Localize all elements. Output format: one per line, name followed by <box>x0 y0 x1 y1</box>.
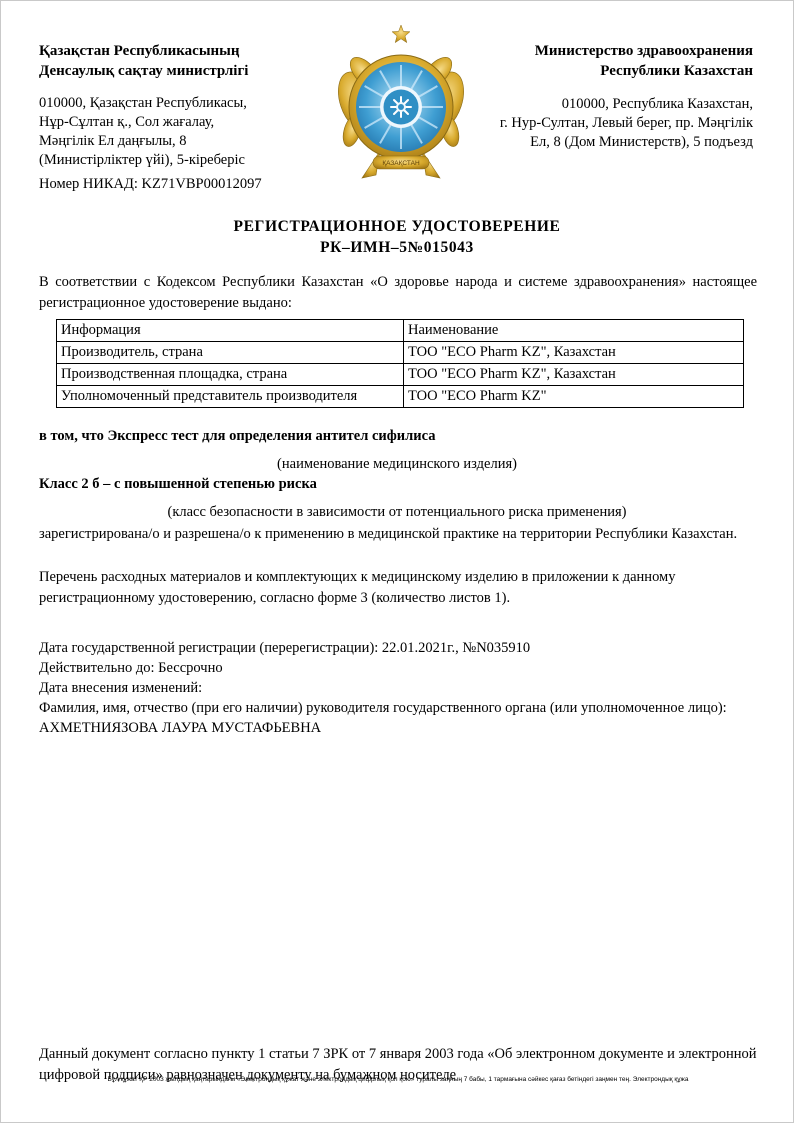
ministry-kk-title-line1: Қазақстан Республикасының <box>39 41 324 61</box>
changes-date-line: Дата внесения изменений: <box>39 678 757 698</box>
emblem-banner-text: ҚАЗАҚСТАН <box>382 160 420 167</box>
table-cell: Производственная площадка, страна <box>57 364 404 386</box>
certificate-number: РК–ИМН–5№015043 <box>1 237 793 258</box>
table-row: Уполномоченный представитель производите… <box>57 386 744 408</box>
ministry-ru-title-line2: Республики Казахстан <box>443 61 753 81</box>
risk-class-line: Класс 2 б – с повышенной степенью риска <box>39 476 757 493</box>
valid-until-line: Действительно до: Бессрочно <box>39 658 757 678</box>
table-row: Производитель, страна ТОО "ECO Pharm KZ"… <box>57 342 744 364</box>
ministry-kk-title-line2: Денсаулық сақтау министрлігі <box>39 61 324 81</box>
table-header-cell: Информация <box>57 320 404 342</box>
table-header-cell: Наименование <box>404 320 744 342</box>
registration-date-line: Дата государственной регистрации (перере… <box>39 638 757 658</box>
footer-microtext: Бұл құжат ҚР 2003 жылдың қаңтарындағы «Э… <box>3 1076 793 1084</box>
table-row: Производственная площадка, страна ТОО "E… <box>57 364 744 386</box>
table-cell: ТОО "ECO Pharm KZ", Казахстан <box>404 364 744 386</box>
table-cell: Уполномоченный представитель производите… <box>57 386 404 408</box>
ministry-kk-block: Қазақстан Республикасының Денсаулық сақт… <box>39 41 324 194</box>
consumables-paragraph: Перечень расходных материалов и комплект… <box>39 567 757 609</box>
risk-class-caption: (класс безопасности в зависимости от пот… <box>1 504 793 521</box>
certificate-title: РЕГИСТРАЦИОННОЕ УДОСТОВЕРЕНИЕ <box>1 216 793 237</box>
ministry-ru-block: Министерство здравоохранения Республики … <box>443 41 753 152</box>
head-official-line: Фамилия, имя, отчество (при его наличии)… <box>39 698 757 738</box>
registered-paragraph: зарегистрирована/о и разрешена/о к приме… <box>39 524 757 545</box>
device-name-caption: (наименование медицинского изделия) <box>1 456 793 473</box>
certificate-title-block: РЕГИСТРАЦИОННОЕ УДОСТОВЕРЕНИЕ РК–ИМН–5№0… <box>1 216 793 258</box>
ministry-kk-address-line3: Мәңгілік Ел даңғылы, 8 <box>39 132 324 151</box>
table-cell: ТОО "ECO Pharm KZ" <box>404 386 744 408</box>
table-header-row: Информация Наименование <box>57 320 744 342</box>
table-cell: ТОО "ECO Pharm KZ", Казахстан <box>404 342 744 364</box>
ministry-kk-address-line1: 010000, Қазақстан Республикасы, <box>39 94 324 113</box>
ministry-kk-address-line4: (Министірліктер үйі), 5-кіреберіс <box>39 151 324 170</box>
nikad-number: Номер НИКАД: KZ71VBP00012097 <box>39 175 324 194</box>
device-name-line: в том, что Экспресс тест для определения… <box>39 428 757 445</box>
ministry-ru-title-line1: Министерство здравоохранения <box>443 41 753 61</box>
emblem-star-icon <box>392 25 410 43</box>
ministry-ru-address-line3: Ел, 8 (Дом Министерств), 5 подъезд <box>443 133 753 152</box>
ministry-kk-address-line2: Нұр-Сұлтан қ., Сол жағалау, <box>39 113 324 132</box>
manufacturer-table: Информация Наименование Производитель, с… <box>56 319 744 408</box>
intro-paragraph: В соответствии с Кодексом Республики Каз… <box>39 272 757 314</box>
ministry-ru-address-line2: г. Нур-Султан, Левый берег, пр. Мәңгілік <box>443 114 753 133</box>
registration-details-block: Дата государственной регистрации (перере… <box>39 638 757 738</box>
ministry-ru-address-line1: 010000, Республика Казахстан, <box>443 95 753 114</box>
table-cell: Производитель, страна <box>57 342 404 364</box>
document-page: Қазақстан Республикасының Денсаулық сақт… <box>0 0 794 1123</box>
